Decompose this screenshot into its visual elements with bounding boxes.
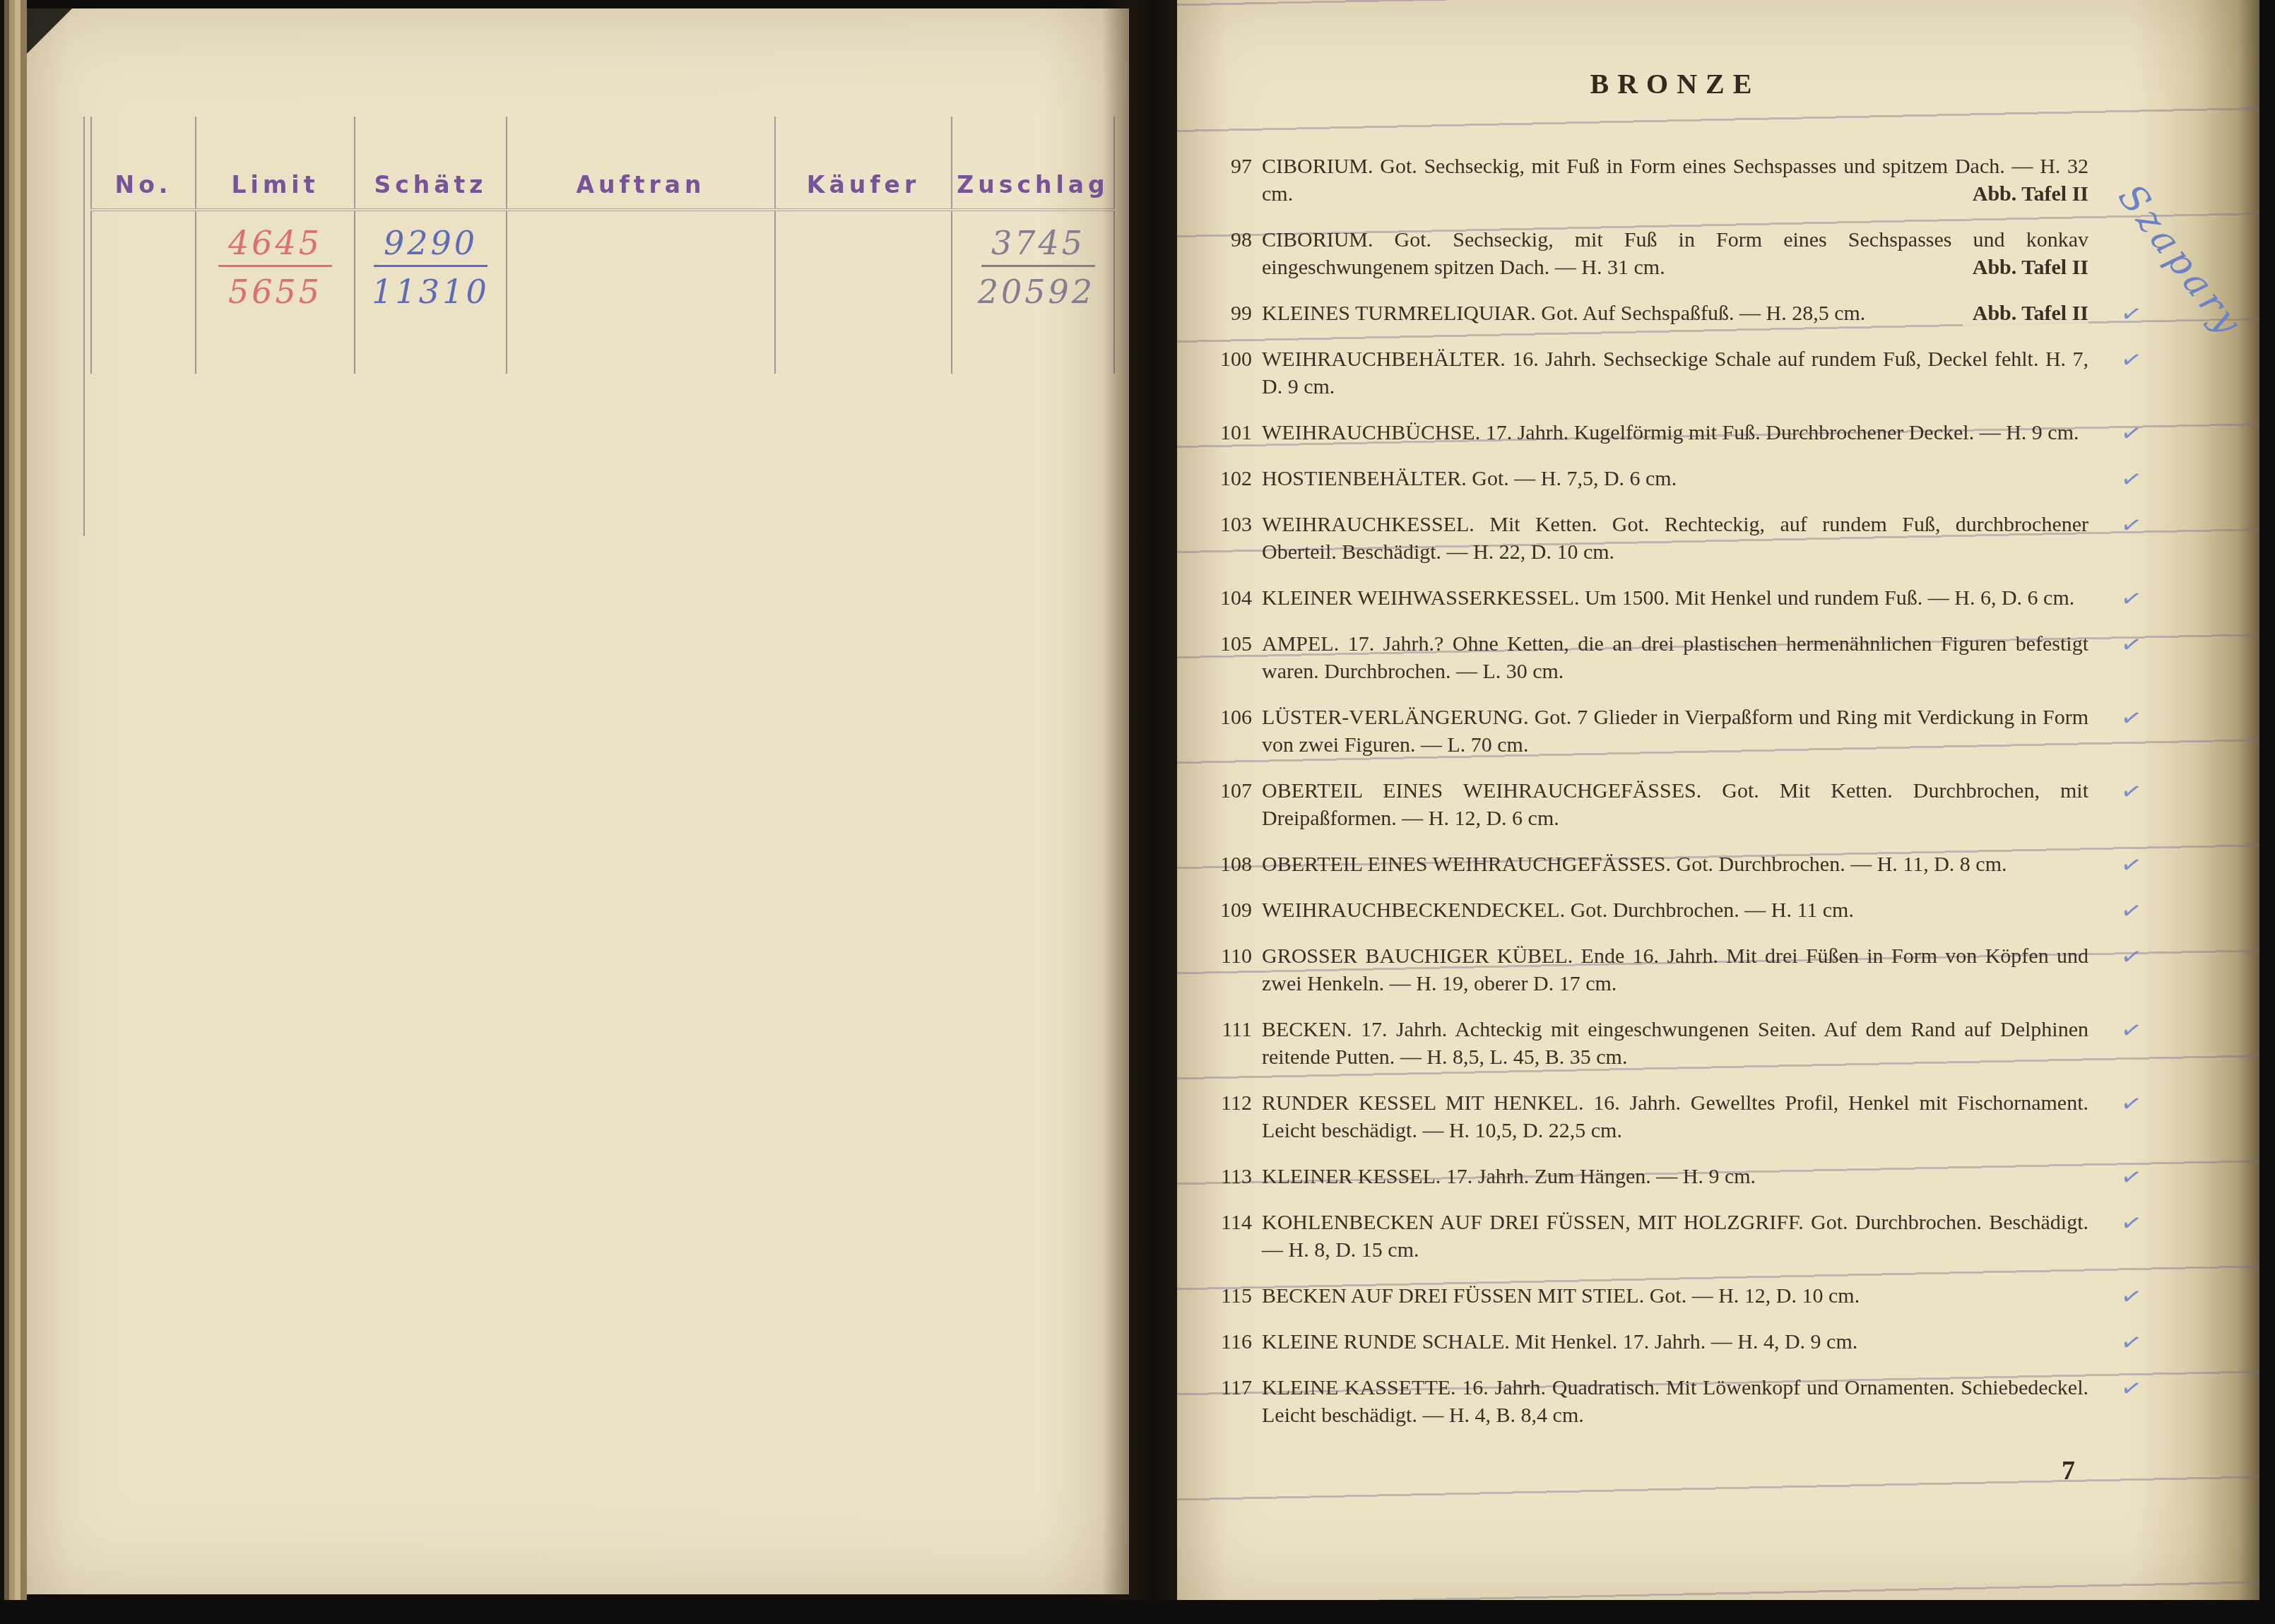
entry-number: 100 — [1201, 345, 1252, 373]
catalog-entry: 117KLEINE KASSETTE. 16. Jahrh. Quadratis… — [1262, 1374, 2088, 1429]
entry-number: 105 — [1201, 630, 1252, 658]
catalog-entry: 99KLEINES TURMRELIQUIAR. Got. Auf Sechsp… — [1262, 300, 2088, 327]
margin-check-icon: ✓ — [2117, 629, 2144, 661]
entry-number: 103 — [1201, 511, 1252, 538]
entry-number: 113 — [1201, 1163, 1252, 1190]
entry-text: WEIHRAUCHBEHÄLTER. 16. Jahrh. Sechseckig… — [1262, 348, 2088, 398]
catalog-entry: 103WEIHRAUCHKESSEL. Mit Ketten. Got. Rec… — [1262, 511, 2088, 566]
entry-number: 98 — [1201, 226, 1252, 254]
entry-text: LÜSTER-VERLÄNGERUNG. Got. 7 Glieder in V… — [1262, 706, 2088, 757]
margin-check-icon: ✓ — [2117, 776, 2144, 808]
catalog-entries: 97CIBORIUM. Got. Sechseckig, mit Fuß in … — [1262, 153, 2088, 1429]
totals-empty-no — [90, 211, 196, 374]
column-header-kaeufer: Käufer — [776, 117, 952, 208]
catalog-entry: 105AMPEL. 17. Jahrh.? Ohne Ketten, die a… — [1262, 630, 2088, 685]
plate-reference: Abb. Tafel II — [1963, 300, 2088, 327]
entry-number: 97 — [1201, 153, 1252, 180]
catalog-entry: 110GROSSER BAUCHIGER KÜBEL. Ende 16. Jah… — [1262, 942, 2088, 997]
catalog-entry: 97CIBORIUM. Got. Sechseckig, mit Fuß in … — [1262, 153, 2088, 208]
entry-text: KLEINE RUNDE SCHALE. Mit Henkel. 17. Jah… — [1262, 1330, 1857, 1353]
margin-check-icon: ✓ — [2117, 896, 2144, 927]
margin-check-icon: ✓ — [2117, 1162, 2144, 1194]
margin-check-icon: ✓ — [2117, 1015, 2144, 1047]
column-header-no: No. — [90, 117, 196, 208]
entry-number: 104 — [1201, 584, 1252, 612]
entry-text: KLEINER KESSEL. 17. Jahrh. Zum Hängen. —… — [1262, 1165, 1756, 1188]
limit-subtotal: 4645 — [218, 224, 332, 267]
margin-check-icon: ✓ — [2117, 583, 2144, 615]
entry-text: BECKEN AUF DREI FÜSSEN MIT STIEL. Got. —… — [1262, 1284, 1860, 1308]
margin-check-icon: ✓ — [2117, 703, 2144, 735]
catalog-entry: 114KOHLENBECKEN AUF DREI FÜSSEN, MIT HOL… — [1262, 1209, 2088, 1264]
catalog-entry: 107OBERTEIL EINES WEIHRAUCHGEFÄSSES. Got… — [1262, 777, 2088, 832]
margin-check-icon: ✓ — [2117, 1373, 2144, 1405]
catalog-entry: 116KLEINE RUNDE SCHALE. Mit Henkel. 17. … — [1262, 1328, 2088, 1356]
entry-number: 116 — [1201, 1328, 1252, 1356]
schaetz-total: 11310 — [372, 273, 489, 311]
margin-check-icon: ✓ — [2117, 464, 2144, 496]
limit-totals: 4645 5655 — [196, 211, 355, 374]
entry-text: WEIHRAUCHKESSEL. Mit Ketten. Got. Rechte… — [1262, 513, 2088, 564]
book-edge — [0, 0, 27, 1600]
page-corner-fold — [27, 8, 72, 54]
column-header-limit: Limit — [196, 117, 355, 208]
plate-reference: Abb. Tafel II — [1963, 254, 2088, 281]
column-header-auftrag: Auftran — [507, 117, 776, 208]
schaetz-totals: 9290 11310 — [355, 211, 507, 374]
plate-reference: Abb. Tafel II — [1963, 180, 2088, 208]
catalog-entry: 108OBERTEIL EINES WEIHRAUCHGEFÄSSES. Got… — [1262, 850, 2088, 878]
entry-number: 107 — [1201, 777, 1252, 805]
ledger-header-row: No. Limit Schätz Auftran Käufer Zuschlag — [90, 117, 1115, 211]
entry-text: WEIHRAUCHBECKENDECKEL. Got. Durchbrochen… — [1262, 899, 1854, 922]
margin-check-icon: ✓ — [2117, 299, 2144, 331]
ledger-page: No. Limit Schätz Auftran Käufer Zuschlag… — [27, 8, 1129, 1594]
entry-number: 101 — [1201, 419, 1252, 446]
catalog-entry: 115BECKEN AUF DREI FÜSSEN MIT STIEL. Got… — [1262, 1282, 2088, 1310]
catalog-entry: 111BECKEN. 17. Jahrh. Achteckig mit eing… — [1262, 1016, 2088, 1071]
entry-text: RUNDER KESSEL MIT HENKEL. 16. Jahrh. Gew… — [1262, 1091, 2088, 1142]
entry-number: 111 — [1201, 1016, 1252, 1043]
entry-number: 114 — [1201, 1209, 1252, 1236]
entry-text: KLEINES TURMRELIQUIAR. Got. Auf Sechspaß… — [1262, 302, 1865, 325]
column-header-schaetz: Schätz — [355, 117, 507, 208]
entry-text: KLEINER WEIHWASSERKESSEL. Um 1500. Mit H… — [1262, 586, 2074, 610]
catalog-entry: 112RUNDER KESSEL MIT HENKEL. 16. Jahrh. … — [1262, 1089, 2088, 1144]
zuschlag-totals: 3745 20592 — [952, 211, 1115, 374]
limit-total: 5655 — [228, 273, 322, 311]
totals-empty-auftrag — [507, 211, 776, 374]
entry-text: BECKEN. 17. Jahrh. Achteckig mit eingesc… — [1262, 1018, 2088, 1069]
margin-check-icon: ✓ — [2117, 418, 2144, 450]
entry-number: 106 — [1201, 704, 1252, 731]
entry-text: OBERTEIL EINES WEIHRAUCHGEFÄSSES. Got. D… — [1262, 853, 2007, 876]
entry-number: 117 — [1201, 1374, 1252, 1401]
zuschlag-subtotal: 3745 — [981, 224, 1095, 267]
entry-text: AMPEL. 17. Jahrh.? Ohne Ketten, die an d… — [1262, 632, 2088, 683]
margin-check-icon: ✓ — [2117, 942, 2144, 973]
margin-check-icon: ✓ — [2117, 1089, 2144, 1120]
entry-number: 109 — [1201, 896, 1252, 924]
page-number: 7 — [2062, 1455, 2075, 1486]
catalog-entry: 98CIBORIUM. Got. Sechseckig, mit Fuß in … — [1262, 226, 2088, 281]
entry-number: 112 — [1201, 1089, 1252, 1117]
entry-text: OBERTEIL EINES WEIHRAUCHGEFÄSSES. Got. M… — [1262, 779, 2088, 830]
catalog-block: BRONZE 97CIBORIUM. Got. Sechseckig, mit … — [1262, 67, 2088, 1447]
catalog-entry: 113KLEINER KESSEL. 17. Jahrh. Zum Hängen… — [1262, 1163, 2088, 1190]
catalog-page: BRONZE 97CIBORIUM. Got. Sechseckig, mit … — [1177, 0, 2259, 1600]
entry-text: KLEINE KASSETTE. 16. Jahrh. Quadratisch.… — [1262, 1376, 2088, 1427]
margin-check-icon: ✓ — [2117, 510, 2144, 542]
entry-text: WEIHRAUCHBÜCHSE. 17. Jahrh. Kugelförmig … — [1262, 421, 2079, 444]
margin-check-icon: ✓ — [2117, 1327, 2144, 1359]
entry-text: HOSTIENBEHÄLTER. Got. — H. 7,5, D. 6 cm. — [1262, 467, 1677, 490]
margin-check-icon: ✓ — [2117, 1281, 2144, 1313]
ledger-table: No. Limit Schätz Auftran Käufer Zuschlag… — [90, 117, 1115, 374]
entry-number: 102 — [1201, 465, 1252, 492]
margin-check-icon: ✓ — [2117, 1208, 2144, 1240]
column-header-zuschlag: Zuschlag — [952, 117, 1115, 208]
section-title: BRONZE — [1262, 67, 2088, 100]
entry-text: GROSSER BAUCHIGER KÜBEL. Ende 16. Jahrh.… — [1262, 944, 2088, 995]
entry-number: 108 — [1201, 850, 1252, 878]
margin-check-icon: ✓ — [2117, 345, 2144, 377]
entry-number: 99 — [1201, 300, 1252, 327]
catalog-entry: 109WEIHRAUCHBECKENDECKEL. Got. Durchbroc… — [1262, 896, 2088, 924]
margin-check-icon: ✓ — [2117, 850, 2144, 882]
ledger-totals-row: 4645 5655 9290 11310 3745 20592 — [90, 211, 1115, 374]
zuschlag-total: 20592 — [978, 273, 1095, 311]
catalog-entry: 101WEIHRAUCHBÜCHSE. 17. Jahrh. Kugelförm… — [1262, 419, 2088, 446]
catalog-entry: 100WEIHRAUCHBEHÄLTER. 16. Jahrh. Sechsec… — [1262, 345, 2088, 401]
catalog-entry: 104KLEINER WEIHWASSERKESSEL. Um 1500. Mi… — [1262, 584, 2088, 612]
totals-empty-kaeufer — [776, 211, 952, 374]
catalog-entry: 102HOSTIENBEHÄLTER. Got. — H. 7,5, D. 6 … — [1262, 465, 2088, 492]
entry-text: KOHLENBECKEN AUF DREI FÜSSEN, MIT HOLZGR… — [1262, 1211, 2088, 1262]
entry-number: 115 — [1201, 1282, 1252, 1310]
schaetz-subtotal: 9290 — [374, 224, 487, 267]
catalog-entry: 106LÜSTER-VERLÄNGERUNG. Got. 7 Glieder i… — [1262, 704, 2088, 759]
entry-number: 110 — [1201, 942, 1252, 970]
